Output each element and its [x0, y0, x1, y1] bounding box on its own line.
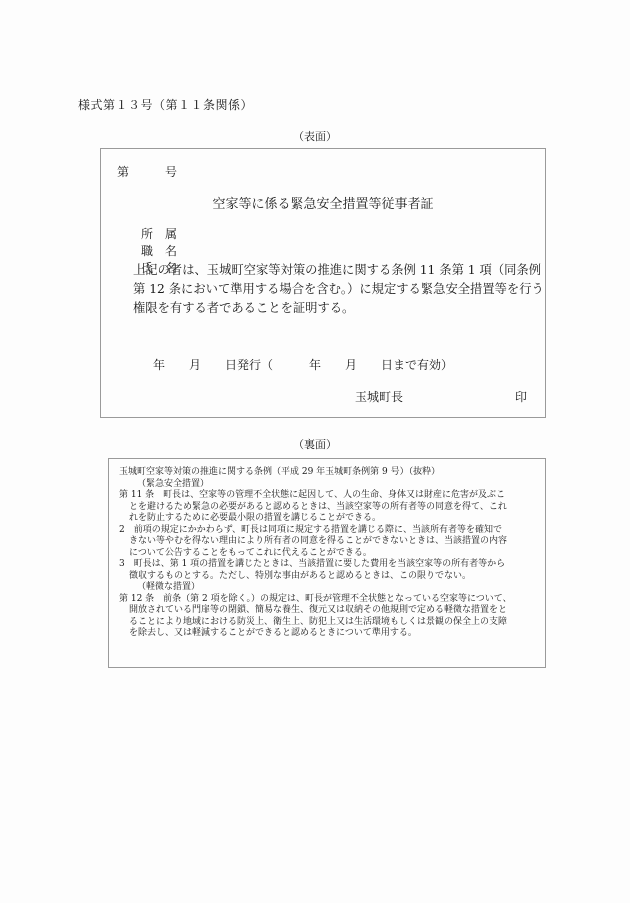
certificate-back: 玉城町空家等対策の推進に関する条例（平成 29 年玉城町条例第 9 号）（抜粋）… [108, 458, 546, 668]
ordinance-excerpt: 玉城町空家等対策の推進に関する条例（平成 29 年玉城町条例第 9 号）（抜粋）… [119, 467, 541, 640]
excerpt-line: きない等やむを得ない理由により所有者の同意を得ることができないときは、当該措置の… [119, 536, 541, 548]
excerpt-line: 2 前項の規定にかかわらず、町長は同項に規定する措置を講じる際に、当該所有者等を… [119, 525, 541, 537]
certificate-title: 空家等に係る緊急安全措置等従事者証 [101, 193, 545, 212]
certificate-front: 第号 空家等に係る緊急安全措置等従事者証 所属 職名 氏名 上記の者は、玉城町空… [100, 148, 546, 418]
cert-no-suffix: 号 [165, 165, 177, 179]
excerpt-line: 3 町長は、第 1 項の措置を講じたときは、当該措置に要した費用を当該空家等の所… [119, 559, 541, 571]
issuer-name: 玉城町長 [355, 388, 403, 405]
excerpt-line: 第 12 条 前条（第 2 項を除く。）の規定は、町長が管理不全状態となっている… [119, 594, 541, 606]
excerpt-line: 開放されている門扉等の閉鎖、簡易な養生、復元又は収納その他規則で定める軽微な措置… [119, 605, 541, 617]
validity-dates: 年 月 日発行（ 年 月 日まで有効） [153, 356, 453, 373]
excerpt-line: （緊急安全措置） [119, 479, 541, 491]
excerpt-line: 第 11 条 町長は、空家等の管理不全状態に起因して、人の生命、身体又は財産に危… [119, 490, 541, 502]
cert-no-prefix: 第 [117, 165, 129, 179]
seal-mark: 印 [515, 388, 527, 405]
excerpt-line: れを防止するために必要最小限の措置を講じることができる。 [119, 513, 541, 525]
back-side-label: （裏面） [0, 436, 630, 452]
front-side-label: （表面） [0, 128, 630, 144]
excerpt-line: 玉城町空家等対策の推進に関する条例（平成 29 年玉城町条例第 9 号）（抜粋） [119, 467, 541, 479]
certificate-number: 第号 [117, 163, 177, 180]
excerpt-line: （軽微な措置） [119, 582, 541, 594]
field-position: 職名 [141, 243, 177, 260]
field-affiliation: 所属 [141, 226, 177, 243]
excerpt-line: を除去し、又は軽減することができると認めるときについて準用する。 [119, 628, 541, 640]
certification-statement: 上記の者は、玉城町空家等対策の推進に関する条例 11 条第 1 項（同条例第 1… [133, 261, 545, 318]
excerpt-line: とを避けるため緊急の必要があると認めるときは、当該空家等の所有者等の同意を得て、… [119, 502, 541, 514]
form-number: 様式第１３号（第１１条関係） [78, 96, 253, 113]
excerpt-line: について公告することをもってこれに代えることができる。 [119, 548, 541, 560]
excerpt-line: 徴収するものとする。ただし、特別な事由があると認めるときは、この限りでない。 [119, 571, 541, 583]
excerpt-line: ることにより地域における防災上、衛生上、防犯上又は生活環境もしくは景観の保全上の… [119, 617, 541, 629]
